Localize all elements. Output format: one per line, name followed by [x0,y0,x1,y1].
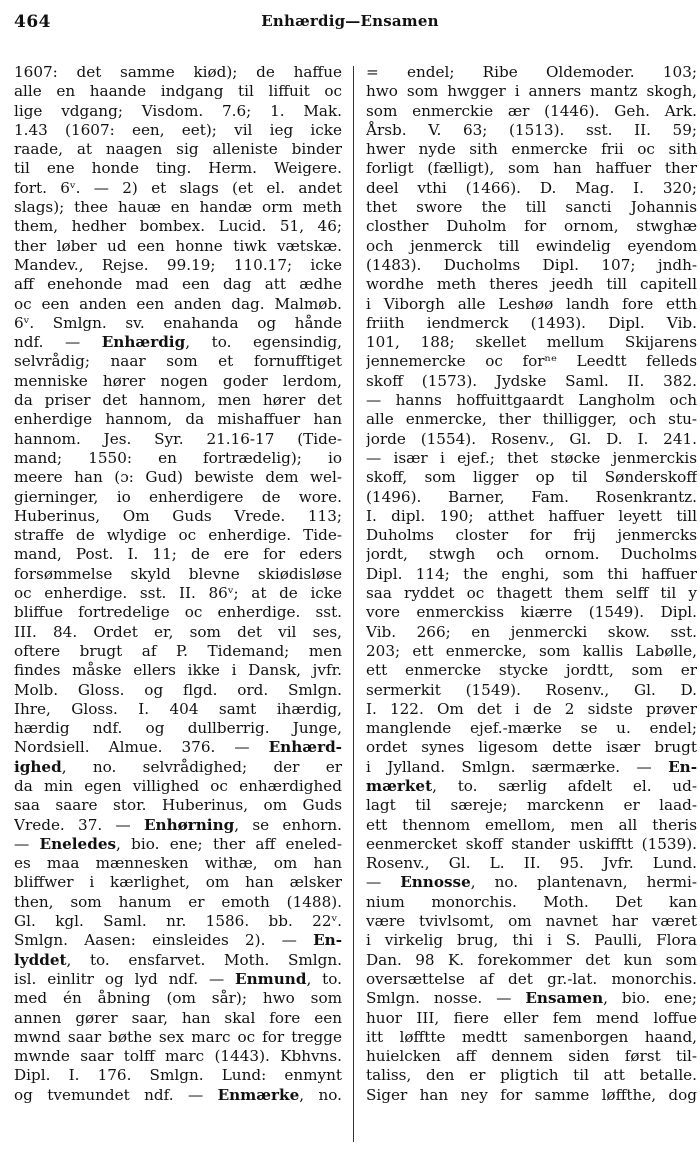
text-line: I. dipl. 190; atthet haffuer leyett till [366,507,697,526]
text-line: 6ᵛ. Smlgn. sv. enahanda og hånde [14,314,342,333]
text-line: 1.43 (1607: een, eet); vil ieg icke [14,121,342,140]
text-line: mwnde saar tolff marc (1443). Kbhvns. [14,1047,342,1066]
text-line: aff enehonde mad een dag att ædhe [14,275,342,294]
text-line: = endel; Ribe Oldemoder. 103; [366,63,697,82]
text-line: Siger han ney for samme løffthe, dog [366,1086,697,1105]
text-line: ther løber ud een honne tiwk vætskæ. [14,237,342,256]
headword: En- [313,931,342,949]
text-line: skoff (1573). Jydske Saml. II. 382. [366,372,697,391]
text-line: mand; 1550: en fortrædelig); io [14,449,342,468]
text-line: som enmerckie ær (1446). Geh. Ark. [366,102,697,121]
column-divider [353,66,354,1142]
headword: Enmund [235,970,306,988]
text-line: forsømmelse skyld blevne skiødisløse [14,565,342,584]
text-line: Rosenv., Gl. L. II. 95. Jvfr. Lund. [366,854,697,873]
headword: Enhørning [144,816,234,834]
text-line: jorde (1554). Rosenv., Gl. D. I. 241. [366,430,697,449]
text-line: vore enmerckiss kiærre (1549). Dipl. [366,603,697,622]
text-line: mand, Post. I. 11; de ere for eders [14,545,342,564]
text-line: bliffue fortredelige oc enherdige. sst. [14,603,342,622]
text-line: Ihre, Gloss. I. 404 samt ihærdig, [14,700,342,719]
text-line: thet swore the till sancti Johannis [366,198,697,217]
text-line: Dipl. I. 176. Smlgn. Lund: enmynt [14,1066,342,1085]
text-line: oc een anden een anden dag. Malmøb. [14,295,342,314]
text-line: isl. einlitr og lyd ndf. — Enmund, to. [14,970,342,989]
text-line: til ene honde ting. Herm. Weigere. [14,159,342,178]
headword: ighed [14,758,62,776]
text-line: hærdig ndf. og dullberrig. Junge, [14,719,342,738]
text-line: 1607: det samme kiød); de haffue [14,63,342,82]
text-line: med én åbning (om sår); hwo som [14,989,342,1008]
text-line: i Viborgh alle Leshøø landh fore etth [366,295,697,314]
text-line: annen gører saar, han skal fore een [14,1009,342,1028]
headword: Ensamen [525,989,603,1007]
text-line: taliss, den er pligtich til att betalle. [366,1066,697,1085]
text-line: Gl. kgl. Saml. nr. 1586. bb. 22ᵛ. [14,912,342,931]
text-line: findes måske ellers ikke i Dansk, jvfr. [14,661,342,680]
text-line: oversættelse af det gr.-lat. monorchis. [366,970,697,989]
text-line: manglende ejef.-mærke se u. endel; [366,719,697,738]
text-line: alle enmercke, ther thilligger, och stu- [366,410,697,429]
text-line: es maa mænnesken withæ, om han [14,854,342,873]
text-line: oc enherdige. sst. II. 86ᵛ; at de icke [14,584,342,603]
text-line: — hanns hoffuittgaardt Langholm och [366,391,697,410]
text-line: 203; ett enmercke, som kallis Labølle, [366,642,697,661]
headword: Eneledes [40,835,117,853]
text-line: være tvivlsomt, om navnet har været [366,912,697,931]
text-line: oftere brugt af P. Tidemand; men [14,642,342,661]
text-line: raade, at naagen sig alleniste binder [14,140,342,159]
text-line: (1483). Ducholms Dipl. 107; jndh- [366,256,697,275]
text-line: selvrådig; naar som et fornufftiget [14,352,342,371]
right-column: = endel; Ribe Oldemoder. 103;hwo som hwg… [366,63,697,1105]
text-line: hwer nyde sith enmercke frii oc sith [366,140,697,159]
text-line: i Jylland. Smlgn. særmærke. — En- [366,758,697,777]
text-line: Nordsiell. Almue. 376. — Enhærd- [14,738,342,757]
text-line: Vib. 266; en jenmercki skow. sst. [366,623,697,642]
text-line: nium monorchis. Moth. Det kan [366,893,697,912]
text-line: og tvemundet ndf. — Enmærke, no. [14,1086,342,1105]
text-line: Årsb. V. 63; (1513). sst. II. 59; [366,121,697,140]
headword: mærket [366,777,432,795]
text-line: gierninger, io enherdigere de wore. [14,488,342,507]
headword: Ennosse [400,873,471,891]
text-line: Huberinus, Om Guds Vrede. 113; [14,507,342,526]
text-line: Duholms closter for frij jenmercks [366,526,697,545]
page-header: 464 Enhærdig—Ensamen [0,0,700,40]
text-line: ett thennom emellom, men all theris [366,816,697,835]
text-line: eenmercket skoff stander uskifftt (1539)… [366,835,697,854]
text-line: closther Duholm for ornom, stwghæ [366,217,697,236]
headword: Enhærd- [269,738,342,756]
text-line: mærket, to. særlig afdelt el. ud- [366,777,697,796]
text-line: 101, 188; skellet mellum Skijarens [366,333,697,352]
text-line: friith iendmerck (1493). Dipl. Vib. [366,314,697,333]
text-line: lagt til særeje; marckenn er laad- [366,796,697,815]
text-line: forligt (fælligt), som han haffuer ther [366,159,697,178]
text-line: ndf. — Enhærdig, to. egensindig, [14,333,342,352]
text-line: jordt, stwgh och ornom. Ducholms [366,545,697,564]
text-line: Dan. 98 K. forekommer det kun som [366,951,697,970]
text-line: Mandev., Rejse. 99.19; 110.17; icke [14,256,342,275]
text-line: Dipl. 114; the enghi, som thi haffuer [366,565,697,584]
text-line: saa saare stor. Huberinus, om Guds [14,796,342,815]
text-line: Vrede. 37. — Enhørning, se enhorn. [14,816,342,835]
text-line: huor III, fiere eller fem mend loffue [366,1009,697,1028]
text-line: slags); thee hauæ en handæ orm meth [14,198,342,217]
text-line: sermerkit (1549). Rosenv., Gl. D. [366,681,697,700]
text-line: straffe de wlydige oc enherdige. Tide- [14,526,342,545]
text-line: skoff, som ligger op til Sønderskoff [366,468,697,487]
headword: Enmærke [218,1086,300,1104]
text-line: fort. 6ᵛ. — 2) et slags (et el. andet [14,179,342,198]
text-line: menniske hører nogen goder lerdom, [14,372,342,391]
text-line: them, hedher bombex. Lucid. 51, 46; [14,217,342,236]
text-line: wordhe meth theres jeedh till capitell [366,275,697,294]
text-line: then, som hanum er emoth (1488). [14,893,342,912]
text-line: jennemercke oc forⁿᵉ Leedtt felleds [366,352,697,371]
text-line: hannom. Jes. Syr. 21.16-17 (Tide- [14,430,342,449]
text-line: — især i ejef.; thet støcke jenmerckis [366,449,697,468]
text-line: deel vthi (1466). D. Mag. I. 320; [366,179,697,198]
text-line: — Ennosse, no. plantenavn, hermi- [366,873,697,892]
text-line: huielcken aff dennem siden først til- [366,1047,697,1066]
text-line: ett enmercke stycke jordtt, som er [366,661,697,680]
text-line: itt løfftte medtt samenborgen haand, [366,1028,697,1047]
text-line: meere han (ɔ: Gud) bewiste dem wel- [14,468,342,487]
text-line: I. 122. Om det i de 2 sidste prøver [366,700,697,719]
headword: Enhærdig [102,333,185,351]
headword: lyddet [14,951,67,969]
text-line: i virkelig brug, thi i S. Paulli, Flora [366,931,697,950]
text-line: ordet synes ligesom dette især brugt [366,738,697,757]
text-line: Smlgn. Aasen: einsleides 2). — En- [14,931,342,950]
text-line: da min egen villighed oc enhærdighed [14,777,342,796]
text-line: ighed, no. selvrådighed; der er [14,758,342,777]
text-line: (1496). Barner, Fam. Rosenkrantz. [366,488,697,507]
text-line: lyddet, to. ensfarvet. Moth. Smlgn. [14,951,342,970]
text-line: lige vdgang; Visdom. 7.6; 1. Mak. [14,102,342,121]
text-line: bliffwer i kærlighet, om han ælsker [14,873,342,892]
text-line: saa ryddet oc thagett them selff til y [366,584,697,603]
text-line: — Eneledes, bio. ene; ther aff eneled- [14,835,342,854]
headword: En- [668,758,697,776]
text-line: hwo som hwgger i anners mantz skogh, [366,82,697,101]
text-line: enherdige hannom, da mishaffuer han [14,410,342,429]
text-line: Molb. Gloss. og flgd. ord. Smlgn. [14,681,342,700]
text-line: da priser det hannom, men hører det [14,391,342,410]
text-line: och jenmerck till ewindelig eyendom [366,237,697,256]
text-line: mwnd saar bøthe sex marc oc for tregge [14,1028,342,1047]
running-head: Enhærdig—Ensamen [0,12,700,30]
text-line: III. 84. Ordet er, som det vil ses, [14,623,342,642]
left-column: 1607: det samme kiød); de haffuealle en … [14,63,342,1105]
text-line: Smlgn. nosse. — Ensamen, bio. ene; [366,989,697,1008]
text-line: alle en haande indgang til liffuit oc [14,82,342,101]
